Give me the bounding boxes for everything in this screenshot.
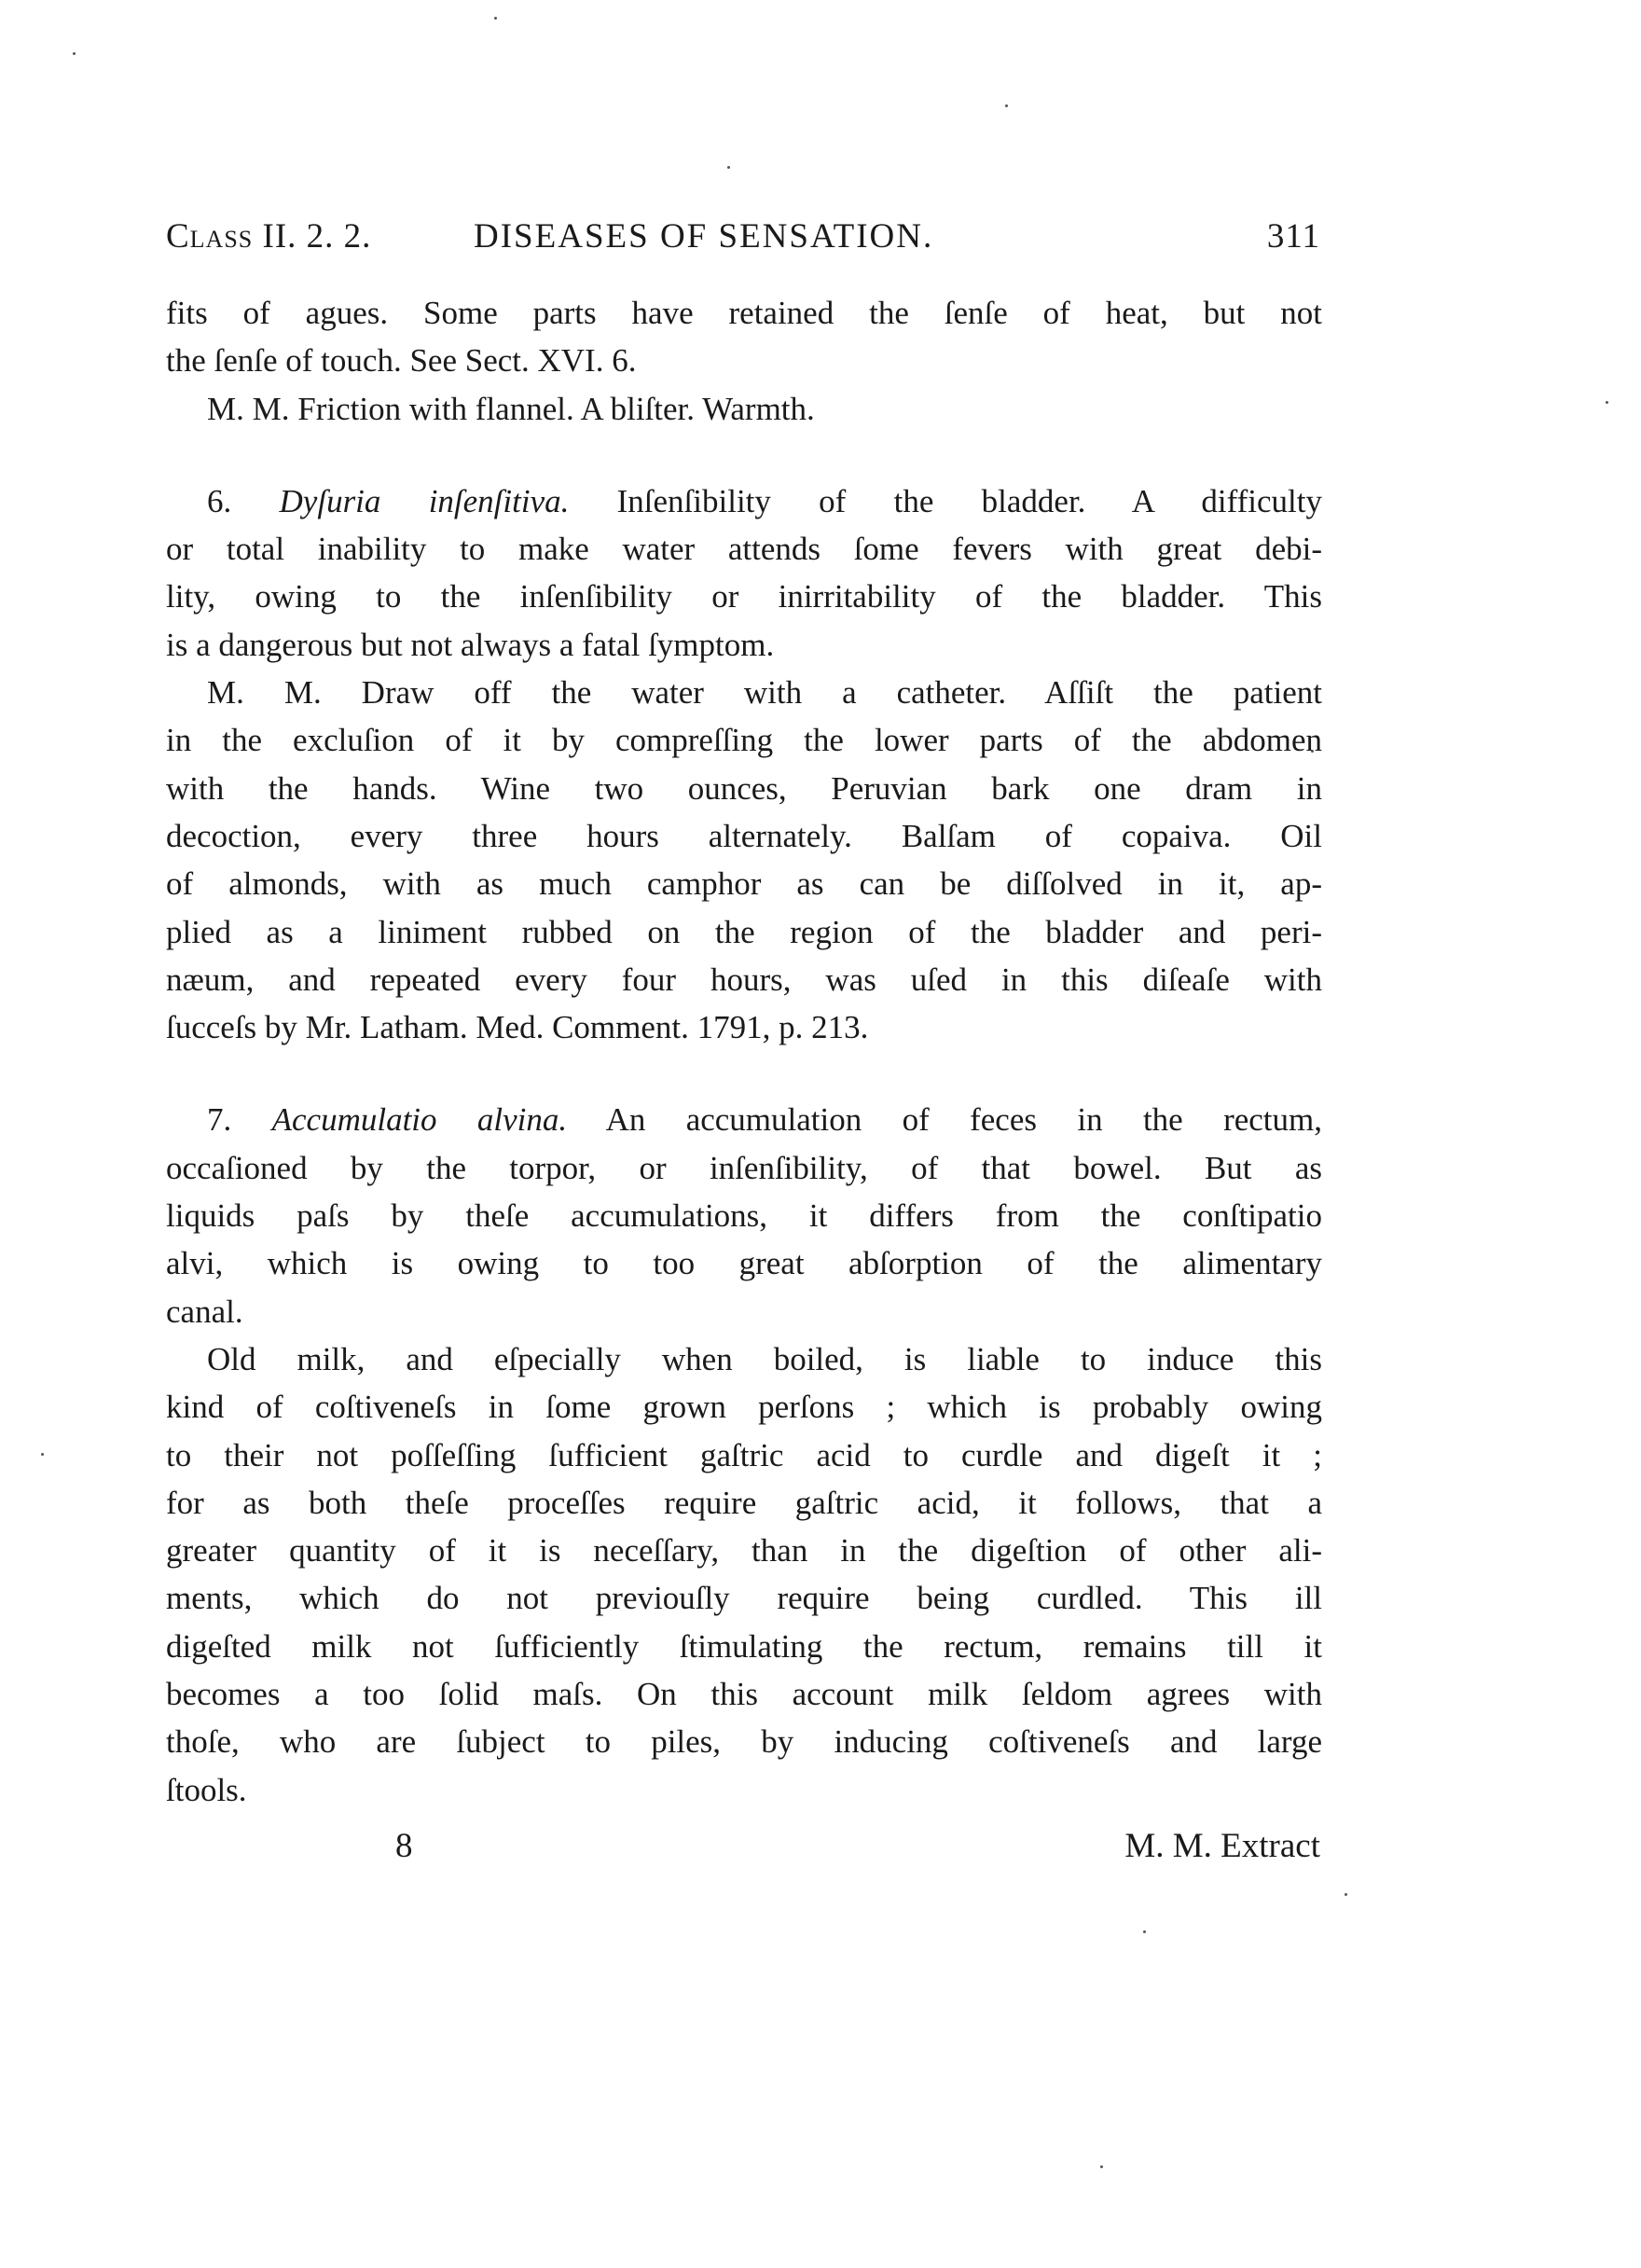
text-line: lity, owing to the inſenſibility or inir… (166, 573, 1322, 620)
text-line: is a dangerous but not always a fatal ſy… (166, 621, 1322, 669)
text-line: næum, and repeated every four hours, was… (166, 956, 1322, 1003)
section-heading-6: 6. Dyſuria inſenſitiva. Inſenſibility of… (166, 477, 1322, 525)
text-line: ments, which do not previouſly require b… (166, 1574, 1322, 1622)
section-number: 7. (207, 1101, 231, 1138)
page-number: 311 (1267, 216, 1320, 256)
text-line: becomes a too ſolid maſs. On this accoun… (166, 1670, 1322, 1718)
signature-mark: 8 (395, 1826, 413, 1866)
text-line: or total inability to make water attends… (166, 525, 1322, 573)
page-body: fits of agues. Some parts have retained … (166, 289, 1322, 1814)
text-line: Old milk, and eſpecially when boiled, is… (166, 1335, 1322, 1383)
page-footer: 8 M. M. Extract (166, 1826, 1320, 1873)
scan-speck (1100, 2165, 1103, 2168)
text-span: An accumulation of feces in the rectum, (606, 1101, 1322, 1138)
scan-speck (1143, 1930, 1146, 1933)
section-heading-7: 7. Accumulatio alvina. An accumulation o… (166, 1096, 1322, 1143)
text-line: plied as a liniment rubbed on the region… (166, 908, 1322, 956)
text-line: canal. (166, 1288, 1322, 1335)
class-label: Class II. 2. 2. (166, 216, 371, 256)
scan-speck (1606, 401, 1608, 404)
text-span: Inſenſibility of the bladder. A difficul… (617, 483, 1322, 519)
mm-remedy: M. M. Friction with flannel. A bliſter. … (166, 385, 1322, 433)
section-name: Dyſuria inſenſitiva. (280, 483, 570, 519)
text-line: of almonds, with as much camphor as can … (166, 860, 1322, 907)
text-line: thoſe, who are ſubject to piles, by indu… (166, 1718, 1322, 1765)
section-name: Accumulatio alvina. (272, 1101, 568, 1138)
text-line: greater quantity of it is neceſſary, tha… (166, 1527, 1322, 1574)
text-line: alvi, which is owing to too great abſorp… (166, 1239, 1322, 1287)
scan-speck (494, 17, 497, 20)
scan-speck (1311, 750, 1314, 753)
running-header: Class II. 2. 2. DISEASES OF SENSATION. 3… (166, 216, 1320, 263)
page-title: DISEASES OF SENSATION. (474, 216, 933, 256)
scan-speck (727, 166, 730, 169)
scan-speck (41, 1453, 44, 1456)
scan-speck (1005, 104, 1008, 107)
text-line: kind of coſtiveneſs in ſome grown perſon… (166, 1383, 1322, 1431)
text-line: decoction, every three hours alternately… (166, 812, 1322, 860)
scan-speck (73, 52, 76, 55)
text-line: the ſenſe of touch. See Sect. XVI. 6. (166, 337, 1322, 384)
text-line: M. M. Draw off the water with a catheter… (166, 669, 1322, 716)
text-line: with the hands. Wine two ounces, Peruvia… (166, 765, 1322, 812)
text-line: for as both theſe proceſſes require gaſt… (166, 1479, 1322, 1527)
catchword: M. M. Extract (1124, 1826, 1320, 1866)
text-line: occaſioned by the torpor, or inſenſibili… (166, 1144, 1322, 1192)
text-line: digeſted milk not ſufficiently ſtimulati… (166, 1623, 1322, 1670)
book-page: Class II. 2. 2. DISEASES OF SENSATION. 3… (0, 0, 1641, 2268)
text-line: in the excluſion of it by compreſſing th… (166, 716, 1322, 764)
text-line: to their not poſſeſſing ſufficient gaſtr… (166, 1431, 1322, 1479)
text-line: liquids paſs by theſe accumulations, it … (166, 1192, 1322, 1239)
text-line: ſucceſs by Mr. Latham. Med. Comment. 179… (166, 1003, 1322, 1051)
text-line: fits of agues. Some parts have retained … (166, 289, 1322, 337)
section-number: 6. (207, 483, 231, 519)
scan-speck (1345, 1893, 1347, 1896)
text-line: ſtools. (166, 1766, 1322, 1814)
